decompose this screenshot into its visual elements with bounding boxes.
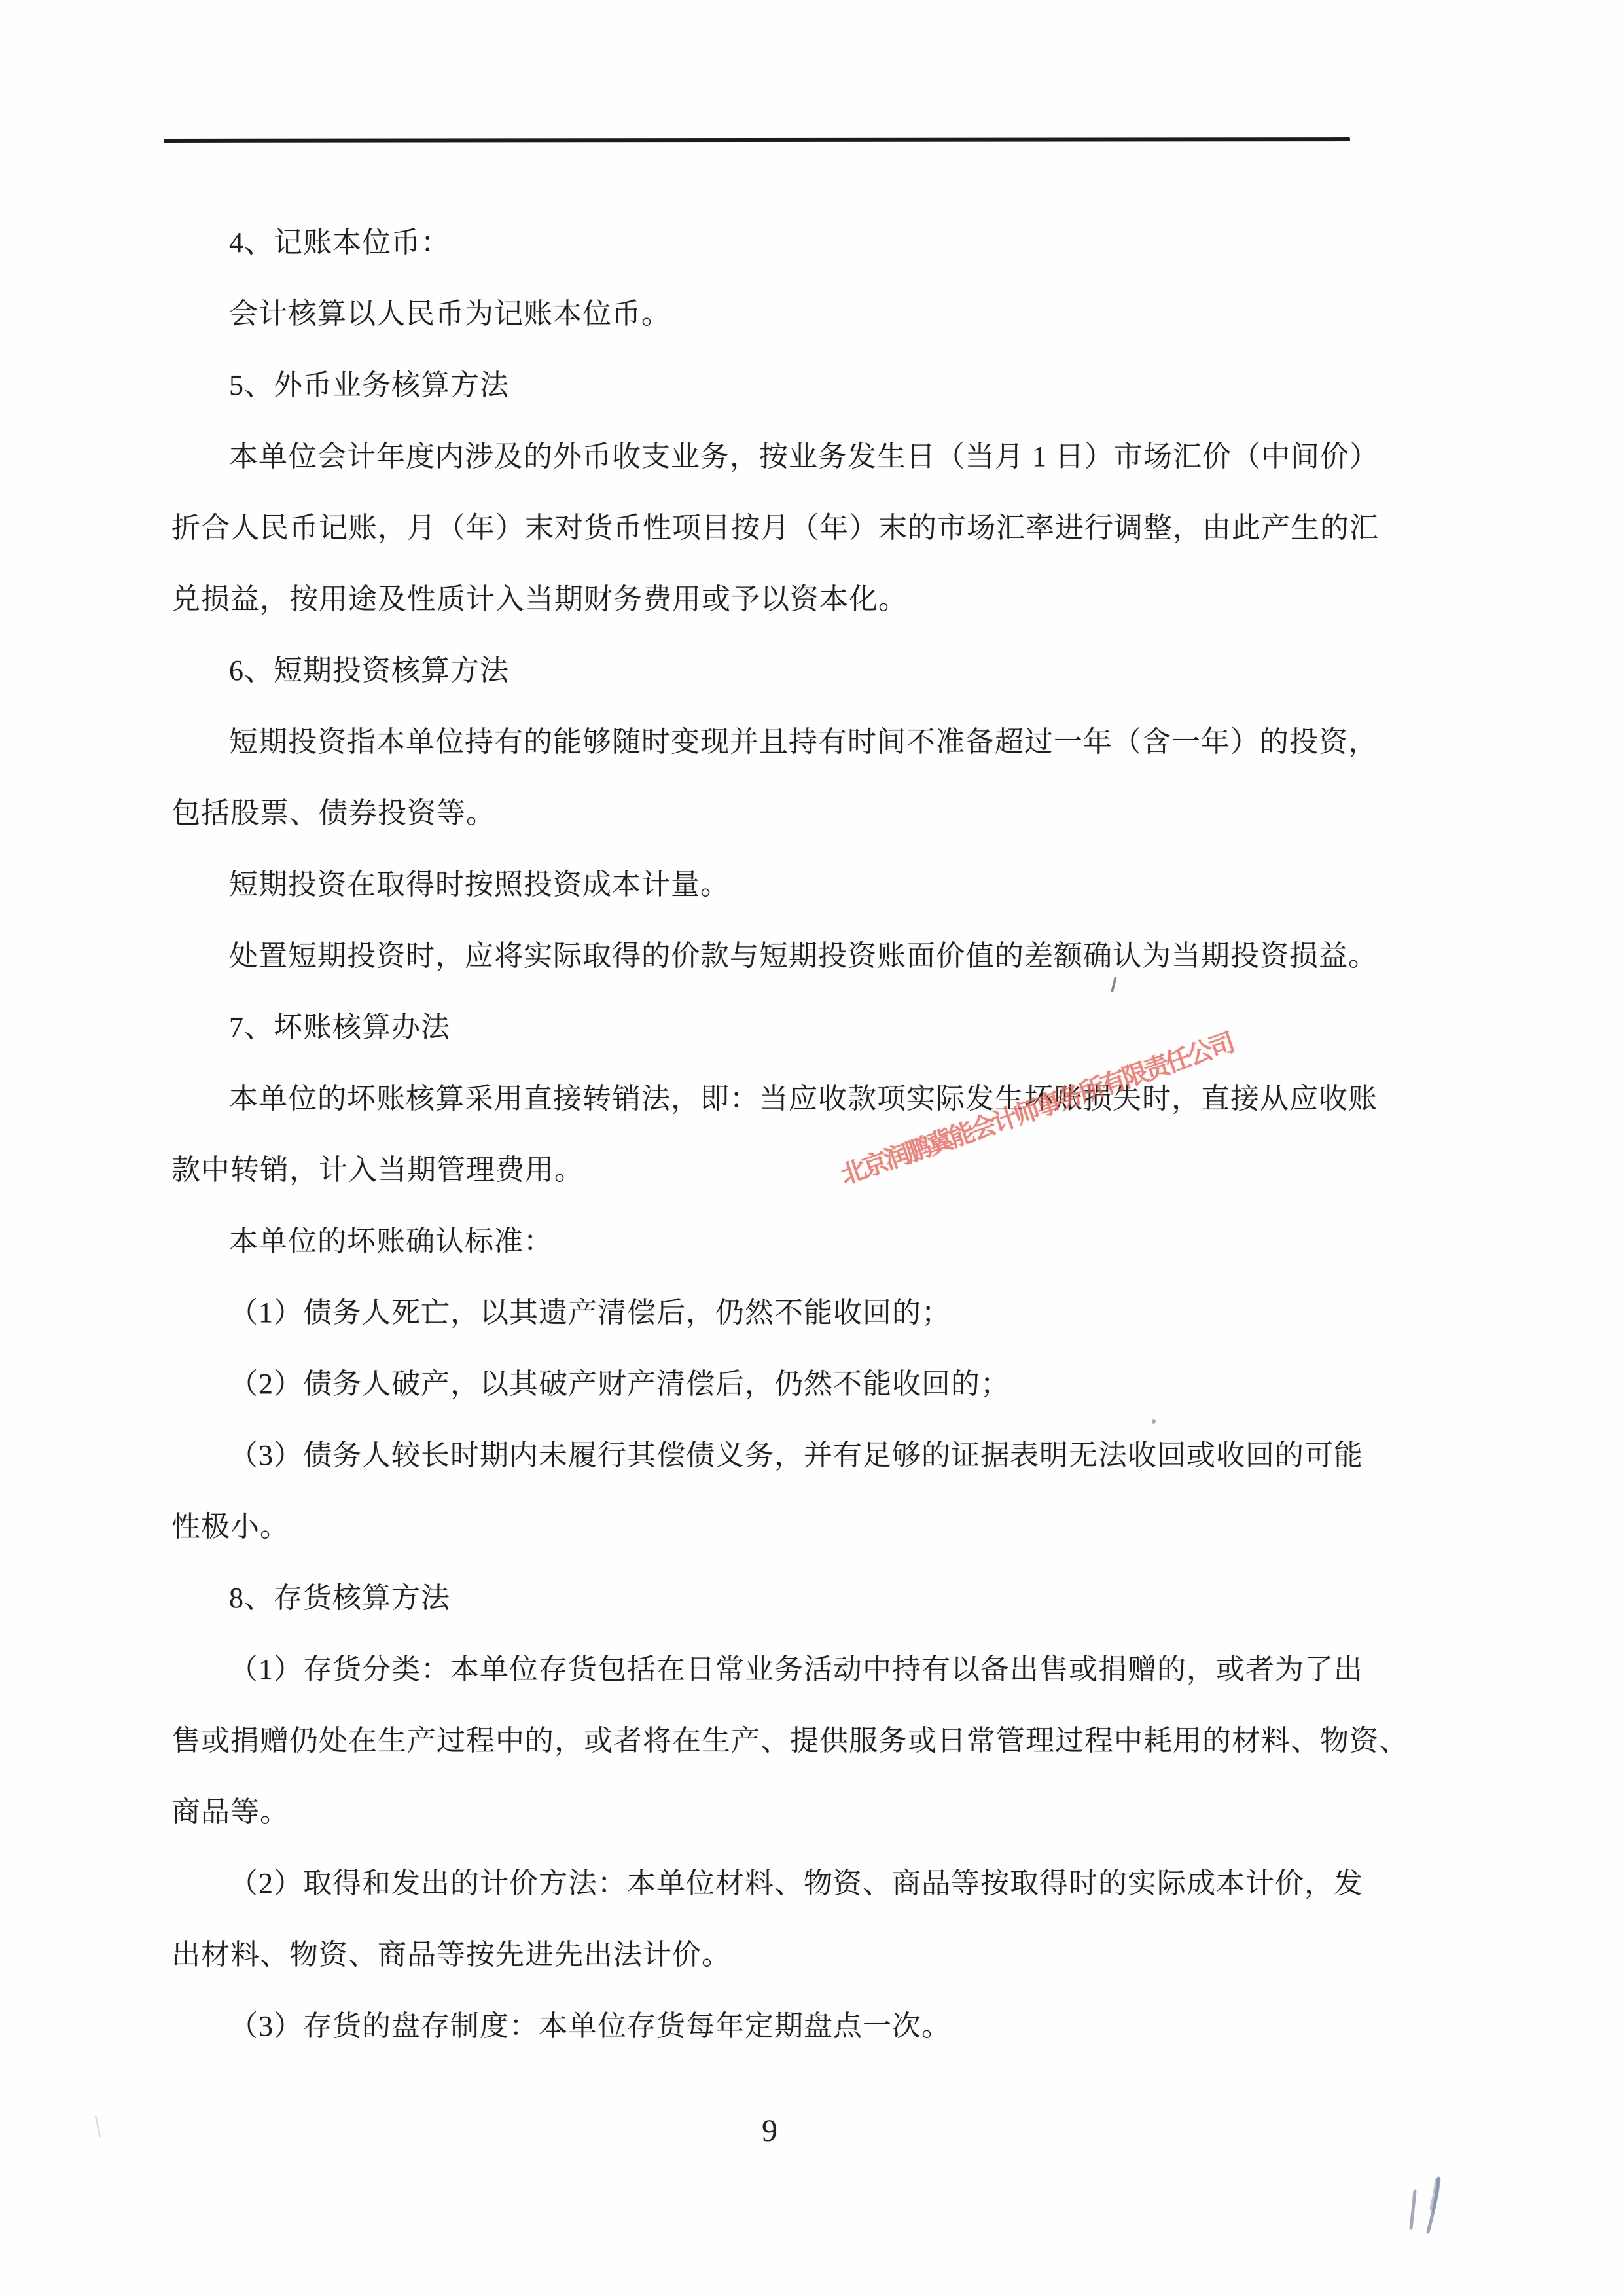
- text-line: 本单位的坏账确认标准：: [229, 1223, 553, 1260]
- text-line: 短期投资指本单位持有的能够随时变现并且持有时间不准备超过一年（含一年）的投资，: [229, 724, 1378, 761]
- handwritten-pen-marks: [1381, 2160, 1472, 2251]
- text-line: （3）存货的盘存制度：本单位存货每年定期盘点一次。: [229, 2008, 951, 2045]
- text-line: 兑损益，按用途及性质计入当期财务费用或予以资本化。: [171, 581, 908, 618]
- text-line: （1）债务人死亡，以其遗产清偿后，仍然不能收回的；: [229, 1295, 951, 1331]
- text-line: 性极小。: [171, 1509, 289, 1545]
- text-line: （2）取得和发出的计价方法：本单位材料、物资、商品等按取得时的实际成本计价，发: [229, 1865, 1363, 1902]
- text-line: （3）债务人较长时期内未履行其偿债义务，并有足够的证据表明无法收回或收回的可能: [229, 1437, 1363, 1474]
- text-line: 7、坏账核算办法: [229, 1009, 450, 1046]
- page-number: 9: [750, 2113, 789, 2149]
- scan-speck-dot: [1152, 1419, 1156, 1424]
- text-line: 包括股票、债券投资等。: [171, 795, 495, 832]
- text-line: 出材料、物资、商品等按先进先出法计价。: [171, 1937, 731, 1973]
- text-line: 本单位的坏账核算采用直接转销法，即：当应收款项实际发生坏账损失时，直接从应收账: [229, 1081, 1378, 1117]
- text-line: 款中转销，计入当期管理费用。: [171, 1152, 584, 1189]
- text-line: 8、存货核算方法: [229, 1580, 450, 1617]
- text-line: 售或捐赠仍处在生产过程中的，或者将在生产、提供服务或日常管理过程中耗用的材料、物…: [171, 1723, 1408, 1759]
- text-line: 5、外币业务核算方法: [229, 367, 509, 404]
- document-page: 4、记账本位币：会计核算以人民币为记账本位币。5、外币业务核算方法本单位会计年度…: [0, 0, 1623, 2296]
- text-line: 商品等。: [171, 1794, 289, 1831]
- text-line: （1）存货分类：本单位存货包括在日常业务活动中持有以备出售或捐赠的，或者为了出: [229, 1651, 1363, 1688]
- text-line: 4、记账本位币：: [229, 224, 450, 261]
- text-line: 处置短期投资时，应将实际取得的价款与短期投资账面价值的差额确认为当期投资损益。: [229, 938, 1378, 975]
- text-line: 本单位会计年度内涉及的外币收支业务，按业务发生日（当月 1 日）市场汇价（中间价…: [229, 439, 1379, 475]
- text-line: 6、短期投资核算方法: [229, 653, 509, 689]
- text-line: 会计核算以人民币为记账本位币。: [229, 296, 671, 332]
- text-line: 短期投资在取得时按照投资成本计量。: [229, 867, 730, 903]
- text-line: 折合人民币记账，月（年）末对货币性项目按月（年）末的市场汇率进行调整，由此产生的…: [171, 510, 1379, 547]
- document-body: 4、记账本位币：会计核算以人民币为记账本位币。5、外币业务核算方法本单位会计年度…: [0, 0, 1623, 2296]
- text-line: （2）债务人破产，以其破产财产清偿后，仍然不能收回的；: [229, 1366, 1010, 1403]
